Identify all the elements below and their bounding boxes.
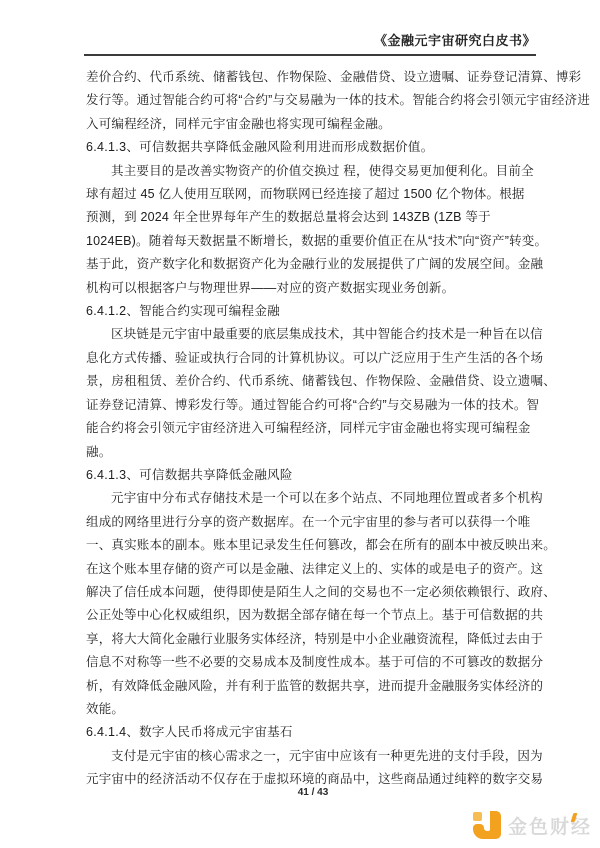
text-line: 融。 xyxy=(86,441,542,464)
section-heading: 6.4.1.3、可信数据共享降低金融风险 xyxy=(86,464,542,487)
text-line: 享，将大大简化金融行业服务实体经济，特别是中小企业融资流程，降低过去由于 xyxy=(86,628,542,651)
document-page: 《金融元宇宙研究白皮书》 差价合约、代币系统、储蓄钱包、作物保险、金融借贷、设立… xyxy=(0,0,600,848)
text-line: 组成的网络里进行分享的资产数据库。在一个元宇宙里的参与者可以获得一个唯 xyxy=(86,511,542,534)
text-line: 1024EB)。随着每天数据量不断增长，数据的重要价值正在从“技术”向“资产”转… xyxy=(86,230,542,253)
text-line: 机构可以根据客户与物理世界——对应的资产数据实现业务创新。 xyxy=(86,277,542,300)
text-line: 区块链是元宇宙中最重要的底层集成技术，其中智能合约技术是一种旨在以信 xyxy=(86,323,542,346)
text-line: 基于此，资产数字化和数据资产化为金融行业的发展提供了广阔的发展空间。金融 xyxy=(86,253,542,276)
text-line: 解决了信任成本问题，使得即使是陌生人之间的交易也不一定必须依赖银行、政府、 xyxy=(86,581,542,604)
page-number: 41 / 43 xyxy=(298,787,329,798)
text-line: 析，有效降低金融风险，并有利于监管的数据共享，进而提升金融服务实体经济的 xyxy=(86,675,542,698)
text-line: 球有超过 45 亿人使用互联网，而物联网已经连接了超过 1500 亿个物体。根据 xyxy=(86,183,542,206)
section-heading: 6.4.1.2、智能合约实现可编程金融 xyxy=(86,300,542,323)
brand-name: 金色财经 xyxy=(508,812,592,839)
section-heading: 6.4.1.3、可信数据共享降低金融风险利用进而形成数据价值。 xyxy=(86,136,542,159)
jinse-logo-icon xyxy=(473,811,501,839)
brand-watermark: 金色财经 xyxy=(473,810,592,840)
text-line: 元宇宙中分布式存储技术是一个可以在多个站点、不同地理位置或者多个机构 xyxy=(86,487,542,510)
text-line: 能合约将会引领元宇宙经济进入可编程经济，同样元宇宙金融也将实现可编程金 xyxy=(86,417,542,440)
text-line: 支付是元宇宙的核心需求之一，元宇宙中应该有一种更先进的支付手段，因为 xyxy=(86,745,542,768)
header-divider xyxy=(84,54,536,56)
section-heading: 6.4.1.4、数字人民币将成元宇宙基石 xyxy=(86,721,542,744)
text-line: 息化方式传播、验证或执行合同的计算机协议。可以广泛应用于生产生活的各个场 xyxy=(86,347,542,370)
text-line: 差价合约、代币系统、储蓄钱包、作物保险、金融借贷、设立遗嘱、证券登记清算、博彩 xyxy=(86,66,542,89)
text-line: 发行等。通过智能合约可将“合约”与交易融为一体的技术。智能合约将会引领元宇宙经济… xyxy=(86,89,542,112)
running-header-title: 《金融元宇宙研究白皮书》 xyxy=(374,30,536,49)
brand-accent-mark xyxy=(571,813,578,822)
document-body: 差价合约、代币系统、储蓄钱包、作物保险、金融借贷、设立遗嘱、证券登记清算、博彩发… xyxy=(86,66,542,792)
text-line: 公正处等中心化权威组织，因为数据全部存储在每一个节点上。基于可信数据的共 xyxy=(86,604,542,627)
text-line: 在这个账本里存储的资产可以是金融、法律定义上的、实体的或是电子的资产。这 xyxy=(86,558,542,581)
text-line: 景，房租租赁、差价合约、代币系统、储蓄钱包、作物保险、金融借贷、设立遗嘱、 xyxy=(86,370,542,393)
text-line: 信息不对称等一些不必要的交易成本及制度性成本。基于可信的不可篡改的数据分 xyxy=(86,651,542,674)
page-footer: 41 / 43 xyxy=(86,787,540,798)
text-line: 其主要目的是改善实物资产的价值交换过 程，使得交易更加便利化。目前全 xyxy=(86,160,542,183)
text-line: 入可编程经济，同样元宇宙金融也将实现可编程金融。 xyxy=(86,113,542,136)
text-line: 预测，到 2024 年全世界每年产生的数据总量将会达到 143ZB (1ZB 等… xyxy=(86,206,542,229)
text-line: 一、真实账本的副本。账本里记录发生任何篡改，都会在所有的副本中被反映出来。 xyxy=(86,534,542,557)
text-line: 证券登记清算、博彩发行等。通过智能合约可将“合约”与交易融为一体的技术。智 xyxy=(86,394,542,417)
text-line: 效能。 xyxy=(86,698,542,721)
